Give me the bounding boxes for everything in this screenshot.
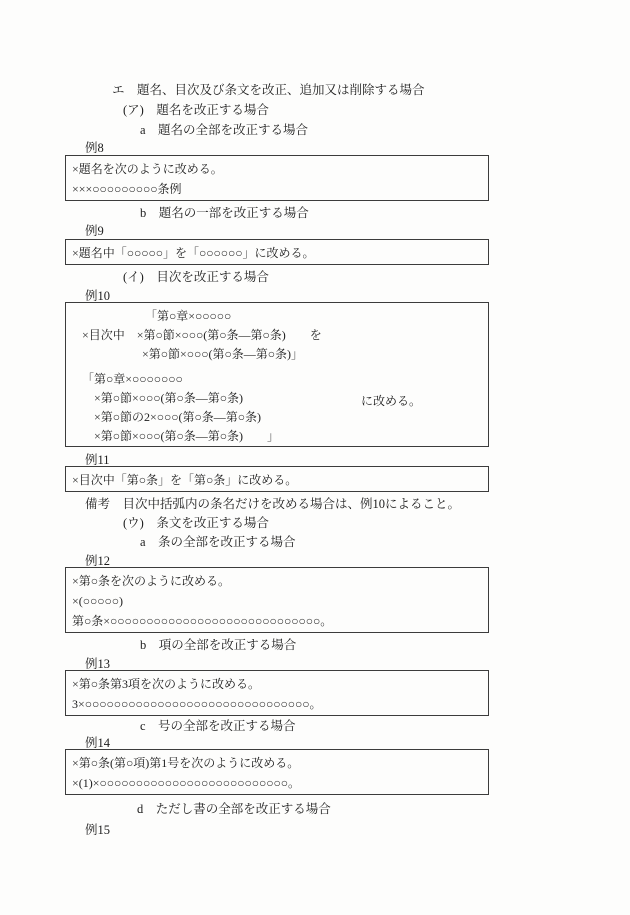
box-line: ×××○○○○○○○○○条例 <box>72 179 482 199</box>
example-11-box: ×目次中「第○条」を「第○条」に改める。 <box>65 466 489 492</box>
box-line: 第○条×○○○○○○○○○○○○○○○○○○○○○○○○○○○○○。 <box>72 611 482 631</box>
example-10-box: 「第○章×○○○○○ ×目次中 ×第○節×○○○(第○条―第○条) を ×第○節… <box>65 302 489 447</box>
example-12-box: ×第○条を次のように改める。 ×(○○○○○) 第○条×○○○○○○○○○○○○… <box>65 567 489 633</box>
heading-e: エ 題名、目次及び条文を改正、追加又は削除する場合 <box>112 81 425 99</box>
box-line: ×第○条(第○項)第1号を次のように改める。 <box>72 753 482 773</box>
box-line: ×第○節の2×○○○(第○条―第○条) <box>82 408 482 427</box>
box-line: ×第○節×○○○(第○条―第○条) 」 <box>82 427 482 446</box>
box-line: 3×○○○○○○○○○○○○○○○○○○○○○○○○○○○○○○○。 <box>72 694 482 714</box>
toc-amend-from-block: 「第○章×○○○○○ ×目次中 ×第○節×○○○(第○条―第○条) を ×第○節… <box>82 307 482 364</box>
box-line: ×題名中「○○○○○」を「○○○○○○」に改める。 <box>72 243 482 263</box>
box-line: ×第○節×○○○(第○条―第○条) <box>82 389 482 408</box>
heading-item-b2: b 項の全部を改正する場合 <box>140 636 296 654</box>
heading-par-a: (ア) 題名を改正する場合 <box>123 101 269 119</box>
box-line: ×(1)×○○○○○○○○○○○○○○○○○○○○○○○○○○。 <box>72 773 482 793</box>
box-line: ×題名を次のように改める。 <box>72 159 482 179</box>
example-13-box: ×第○条第3項を次のように改める。 3×○○○○○○○○○○○○○○○○○○○○… <box>65 670 489 716</box>
box-line: ×第○条第3項を次のように改める。 <box>72 674 482 694</box>
heading-item-c: c 号の全部を改正する場合 <box>140 717 296 735</box>
box-line: ×目次中 ×第○節×○○○(第○条―第○条) を <box>82 326 482 345</box>
example-15-label: 例15 <box>85 821 110 839</box>
box-line: ×第○節×○○○(第○条―第○条)」 <box>82 345 482 364</box>
example-8-box: ×題名を次のように改める。 ×××○○○○○○○○○条例 <box>65 155 489 201</box>
example-9-box: ×題名中「○○○○○」を「○○○○○○」に改める。 <box>65 239 489 265</box>
box-line: 「第○章×○○○○○ <box>82 307 482 326</box>
box-line: ×目次中「第○条」を「第○条」に改める。 <box>72 470 482 490</box>
box-line: ×(○○○○○) <box>72 591 482 611</box>
toc-amend-to-block: 「第○章×○○○○○○○ ×第○節×○○○(第○条―第○条) ×第○節の2×○○… <box>82 370 482 446</box>
heading-item-a2: a 条の全部を改正する場合 <box>140 533 296 551</box>
heading-item-b1: b 題名の一部を改正する場合 <box>140 204 309 222</box>
heading-par-i: (イ) 目次を改正する場合 <box>123 268 269 286</box>
box-line: ×第○条を次のように改める。 <box>72 571 482 591</box>
heading-item-d: d ただし書の全部を改正する場合 <box>137 800 331 818</box>
example-14-box: ×第○条(第○項)第1号を次のように改める。 ×(1)×○○○○○○○○○○○○… <box>65 749 489 795</box>
heading-par-u: (ウ) 条文を改正する場合 <box>123 514 269 532</box>
remark-line: 備考 目次中括弧内の条名だけを改める場合は、例10によること。 <box>85 495 460 513</box>
heading-item-a1: a 題名の全部を改正する場合 <box>140 121 308 139</box>
amend-note: に改める。 <box>361 392 421 411</box>
example-9-label: 例9 <box>85 222 104 240</box>
document-page: エ 題名、目次及び条文を改正、追加又は削除する場合 (ア) 題名を改正する場合 … <box>0 0 630 915</box>
box-line: 「第○章×○○○○○○○ <box>82 370 482 389</box>
